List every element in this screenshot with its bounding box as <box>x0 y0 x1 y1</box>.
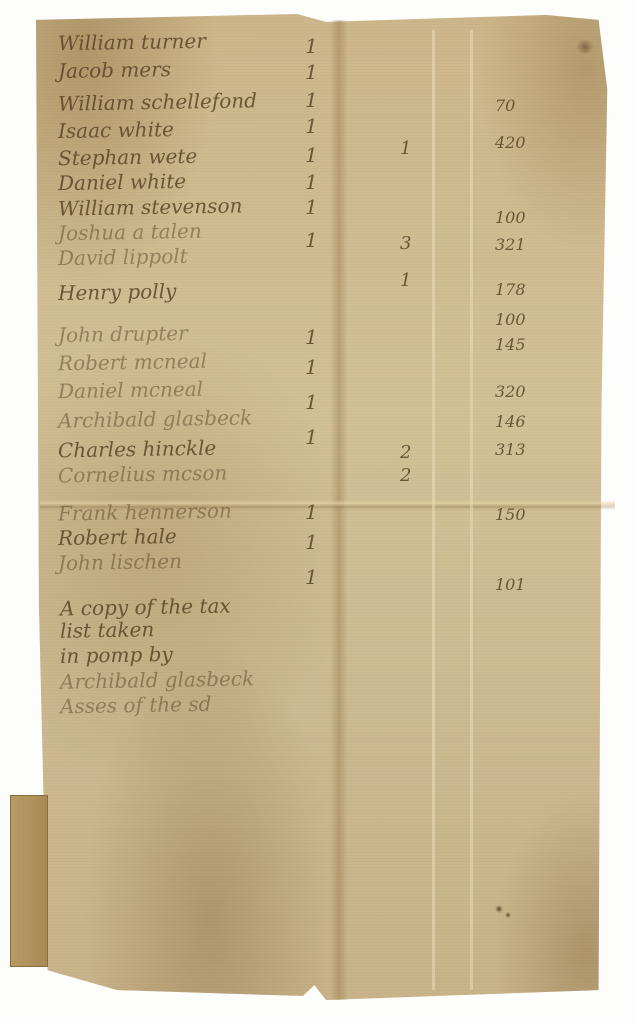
entry-tick: 1 <box>305 425 318 449</box>
entry-name: Frank hennerson <box>58 498 232 525</box>
entry-tick: 1 <box>305 60 318 84</box>
entry-tick: 1 <box>305 565 318 589</box>
entry-amount: 321 <box>495 235 526 254</box>
entry-name: William stevenson <box>58 193 243 220</box>
entry-name: Henry polly <box>58 279 177 305</box>
entry-quantity: 1 <box>400 270 411 291</box>
entry-name: David lippolt <box>58 244 188 270</box>
entry-name: Robert hale <box>58 524 177 550</box>
attestation-line: list taken <box>60 617 155 643</box>
entry-name: Charles hinckle <box>58 436 217 463</box>
column-rule <box>470 30 473 990</box>
entry-name: Daniel mcneal <box>58 377 203 404</box>
ink-spot <box>505 912 511 918</box>
entry-amount: 100 <box>495 310 526 329</box>
entry-tick: 1 <box>305 195 318 219</box>
entry-tick: 1 <box>305 325 318 349</box>
entry-tick: 1 <box>305 143 318 167</box>
footer-amount: 101 <box>495 575 526 594</box>
entry-name: Archibald glasbeck <box>58 405 253 432</box>
entry-amount: 420 <box>495 133 526 152</box>
entry-name: John lischen <box>58 549 182 575</box>
entry-name: Stephan wete <box>58 144 198 170</box>
entry-name: John drupter <box>58 321 188 347</box>
entry-amount: 146 <box>495 412 526 431</box>
vertical-fold <box>330 20 348 1000</box>
entry-tick: 1 <box>305 228 318 252</box>
entry-amount: 178 <box>495 280 526 299</box>
entry-tick: 1 <box>305 355 318 379</box>
attestation-line: Asses of the sd <box>60 692 212 719</box>
entry-amount: 70 <box>495 96 515 115</box>
entry-amount: 320 <box>495 382 526 401</box>
entry-amount: 313 <box>495 440 526 459</box>
entry-name: Joshua a talen <box>58 219 202 246</box>
entry-name: Robert mcneal <box>58 349 207 376</box>
entry-amount: 100 <box>495 208 526 227</box>
entry-tick: 1 <box>305 88 318 112</box>
entry-tick: 1 <box>305 114 318 138</box>
ink-spot <box>495 905 503 913</box>
entry-name: William schellefond <box>58 88 257 115</box>
paper-tab-fragment <box>10 795 48 967</box>
entry-tick: 1 <box>305 500 318 524</box>
entry-name: Cornelius mcson <box>58 461 228 488</box>
stain <box>575 40 595 54</box>
entry-tick: 1 <box>305 34 318 58</box>
entry-tick: 1 <box>305 530 318 554</box>
entry-name: Daniel white <box>58 169 187 195</box>
entry-name: Isaac white <box>58 117 174 143</box>
entry-name: William turner <box>58 29 206 56</box>
entry-amount: 145 <box>495 335 526 354</box>
entry-quantity: 2 <box>400 465 411 486</box>
entry-quantity: 3 <box>400 233 411 254</box>
entry-tick: 1 <box>305 390 318 414</box>
entry-quantity: 1 <box>400 138 411 159</box>
entry-name: Jacob mers <box>58 57 171 83</box>
attestation-line: Archibald glasbeck <box>60 666 255 693</box>
entry-tick: 1 <box>305 170 318 194</box>
column-rule <box>432 30 435 990</box>
entry-amount: 150 <box>495 505 526 524</box>
entry-quantity: 2 <box>400 442 411 463</box>
attestation-line: in pomp by <box>60 642 173 668</box>
